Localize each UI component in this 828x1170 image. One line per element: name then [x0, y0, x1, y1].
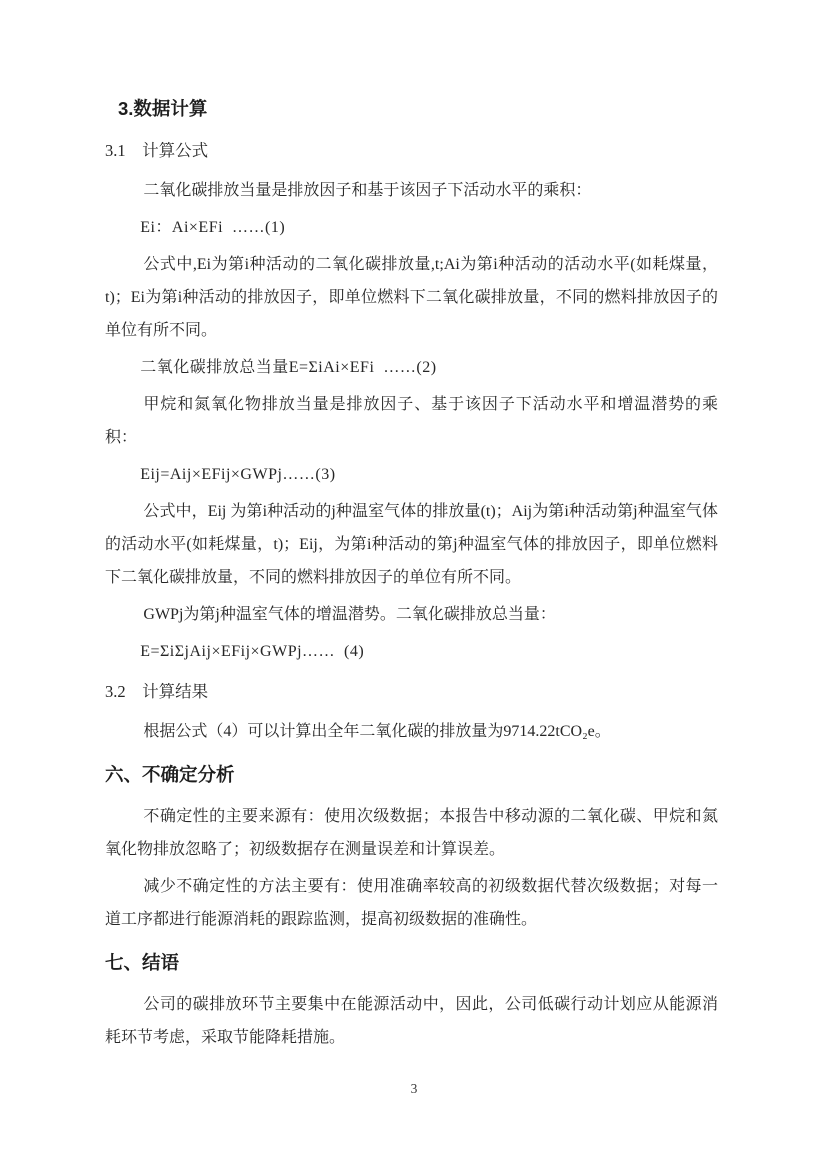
document-page: 3.数据计算3.1 计算公式二氧化碳排放当量是排放因子和基于该因子下活动水平的乘… — [0, 0, 828, 1170]
heading-3-2-calc-result: 3.2 计算结果 — [105, 675, 718, 708]
heading-section7-conclusion: 七、结语 — [105, 946, 718, 980]
formula-1: Ei：Ai×EFi ……(1) — [105, 211, 718, 244]
paragraph-calc-result: 根据公式（4）可以计算出全年二氧化碳的排放量为9714.22tCO₂e。 — [105, 715, 718, 748]
paragraph-gwp-definition: GWPj为第j种温室气体的增温潜势。二氧化碳排放总当量： — [105, 598, 718, 631]
heading-3-1-calc-formula: 3.1 计算公式 — [105, 134, 718, 167]
formula-4: E=ΣiΣjAij×EFij×GWPj…… (4) — [105, 635, 718, 668]
heading-section3-data-calculation: 3.数据计算 — [105, 92, 718, 126]
paragraph-ch4-n2o-intro: 甲烷和氮氧化物排放当量是排放因子、基于该因子下活动水平和增温潜势的乘积： — [105, 388, 718, 454]
formula-3: Eij=Aij×EFij×GWPj……(3) — [105, 458, 718, 491]
paragraph-formula1-explanation: 公式中,Ei为第i种活动的二氧化碳排放量,t;Ai为第i种活动的活动水平(如耗煤… — [105, 248, 718, 347]
paragraph-uncertainty-reduction: 减少不确定性的方法主要有：使用准确率较高的初级数据代替次级数据；对每一道工序都进… — [105, 870, 718, 936]
paragraph-co2-equivalent-intro: 二氧化碳排放当量是排放因子和基于该因子下活动水平的乘积： — [105, 174, 718, 207]
document-body: 3.数据计算3.1 计算公式二氧化碳排放当量是排放因子和基于该因子下活动水平的乘… — [105, 92, 718, 1058]
heading-section6-uncertainty-analysis: 六、不确定分析 — [105, 758, 718, 792]
page-footer: 3 — [0, 1080, 828, 1098]
paragraph-uncertainty-sources: 不确定性的主要来源有：使用次级数据；本报告中移动源的二氧化碳、甲烷和氮氧化物排放… — [105, 800, 718, 866]
formula-2: 二氧化碳排放总当量E=ΣiAi×EFi ……(2) — [105, 351, 718, 384]
page-number: 3 — [411, 1081, 418, 1096]
paragraph-conclusion: 公司的碳排放环节主要集中在能源活动中，因此，公司低碳行动计划应从能源消耗环节考虑… — [105, 988, 718, 1054]
paragraph-formula3-explanation: 公式中，Eij 为第i种活动的j种温室气体的排放量(t)；Aij为第i种活动第j… — [105, 495, 718, 594]
